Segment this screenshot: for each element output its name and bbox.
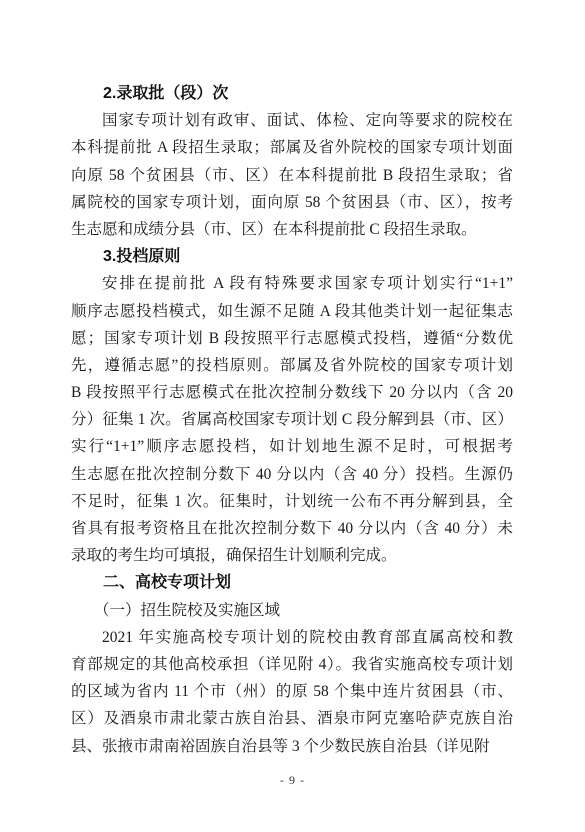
heading-university-special-plan: 二、高校专项计划 xyxy=(71,569,513,596)
text-line: 不足时，征集 1 次。征集时，计划统一公布不再分解到县，全 xyxy=(71,488,513,515)
text-line: 的区域为省内 11 个市（州）的原 58 个集中连片贫困县（市、 xyxy=(71,678,513,705)
text-line: 属院校的国家专项计划，面向原 58 个贫困县（市、区），按考 xyxy=(71,189,513,216)
text-line: 实行“1+1”顺序志愿投档，如计划地生源不足时，可根据考 xyxy=(71,433,513,460)
text-line: 先，遵循志愿”的投档原则。部属及省外院校的国家专项计划 xyxy=(71,352,513,379)
text-line: 育部规定的其他高校承担（详见附 4）。我省实施高校专项计划 xyxy=(71,651,513,678)
text-line: 顺序志愿投档模式，如生源不足随 A 段其他类计划一起征集志 xyxy=(71,298,513,325)
text-line: 省具有报考资格且在批次控制分数下 40 分以内（含 40 分）未 xyxy=(71,515,513,542)
text-line: 区）及酒泉市肃北蒙古族自治县、酒泉市阿克塞哈萨克族自治 xyxy=(71,705,513,732)
text-line: 向原 58 个贫困县（市、区）在本科提前批 B 段招生录取；省 xyxy=(71,162,513,189)
document-page: 2.录取批（段）次国家专项计划有政审、面试、体检、定向等要求的院校在本科提前批 … xyxy=(0,0,585,832)
text-line: B 段按照平行志愿模式在批次控制分数线下 20 分以内（含 20 xyxy=(71,379,513,406)
text-line: 本科提前批 A 段招生录取；部属及省外院校的国家专项计划面 xyxy=(71,134,513,161)
text-line: 2021 年实施高校专项计划的院校由教育部直属高校和教 xyxy=(71,624,513,651)
text-line: 愿；国家专项计划 B 段按照平行志愿模式投档，遵循“分数优 xyxy=(71,325,513,352)
text-line: 录取的考生均可填报，确保招生计划顺利完成。 xyxy=(71,542,513,569)
subheading-enrollment-schools-and-regions: （一）招生院校及实施区域 xyxy=(71,597,513,624)
document-content: 2.录取批（段）次国家专项计划有政审、面试、体检、定向等要求的院校在本科提前批 … xyxy=(71,80,513,760)
text-line: 国家专项计划有政审、面试、体检、定向等要求的院校在 xyxy=(71,107,513,134)
text-line: 生志愿在批次控制分数下 40 分以内（含 40 分）投档。生源仍 xyxy=(71,461,513,488)
text-line: 生志愿和成绩分县（市、区）在本科提前批 C 段招生录取。 xyxy=(71,216,513,243)
text-line: 安排在提前批 A 段有特殊要求国家专项计划实行“1+1” xyxy=(71,270,513,297)
page-number: - 9 - xyxy=(0,773,585,788)
heading-admission-batches: 2.录取批（段）次 xyxy=(71,80,513,107)
heading-filing-principles: 3.投档原则 xyxy=(71,243,513,270)
text-line: 县、张掖市肃南裕固族自治县等 3 个少数民族自治县（详见附 xyxy=(71,733,513,760)
text-line: 分）征集 1 次。省属高校国家专项计划 C 段分解到县（市、区） xyxy=(71,406,513,433)
